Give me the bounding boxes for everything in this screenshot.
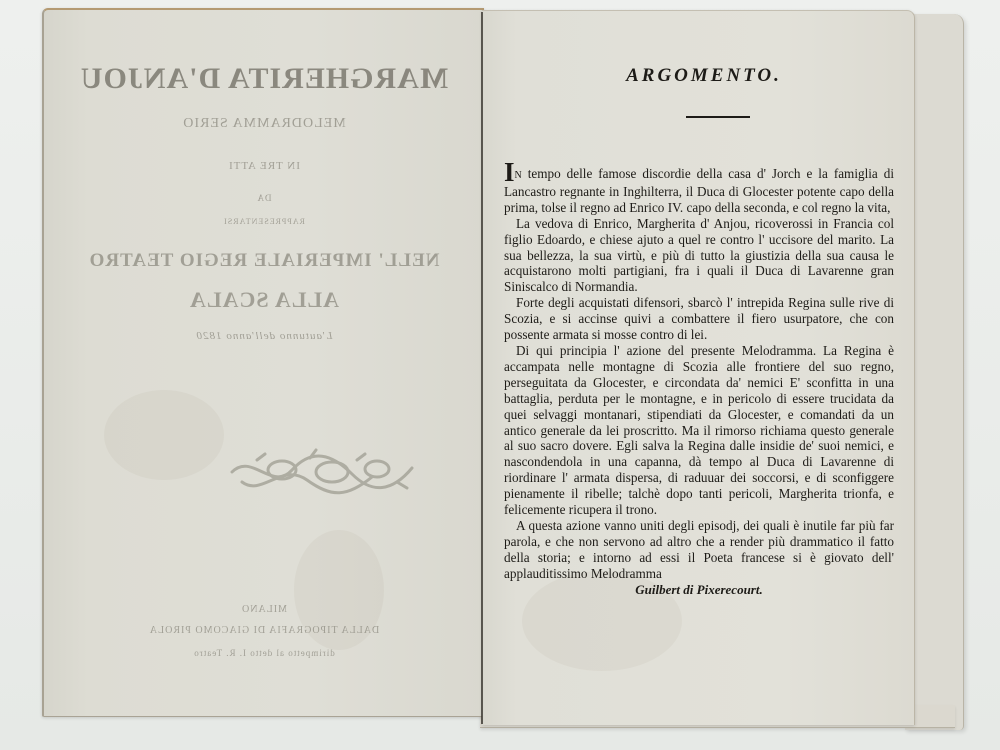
paragraph-1: In tempo delle famose discordie della ca… [504,163,894,216]
drop-cap: I [504,157,515,187]
drop-cap-tail: n [515,170,522,181]
ghost-scala: ALLA SCALA [44,287,484,313]
paragraph-1-text: tempo delle famose discordie della casa … [504,166,894,215]
book-gutter [481,12,483,724]
ghost-da: DA [44,193,484,203]
ghost-imprint-2: dirimpetto al detto I. R. Teatro [44,648,484,658]
ghost-date-line: L'autunno dell'anno 1820 [44,330,484,342]
author-signature: Guilbert di Pixerecourt. [504,582,894,598]
heading-rule [686,116,750,118]
ghost-rappresentarsi: RAPPRESENTARSI [44,217,484,226]
scanned-booklet-scene: MARGHERITA D'ANJOU MELODRAMMA SERIO IN T… [0,0,1000,750]
paragraph-3: Forte degli acquistati difensori, sbarcò… [504,295,894,343]
ghost-subtitle: MELODRAMMA SERIO [44,116,484,132]
ghost-acts: IN TRE ATTI [44,160,484,172]
ghost-teatro: NELL' IMPERIALE REGIO TEATRO [44,250,484,272]
ghost-title: MARGHERITA D'ANJOU [44,62,484,96]
ghost-city: MILANO [44,604,484,615]
paragraph-5: A questa azione vanno uniti degli episod… [504,518,894,582]
paragraph-4: Di qui principia l' azione del presente … [504,343,894,518]
argomento-body: In tempo delle famose discordie della ca… [504,163,894,597]
floral-ornament-icon [222,442,422,502]
left-page: MARGHERITA D'ANJOU MELODRAMMA SERIO IN T… [42,8,484,717]
page-heading: ARGOMENTO. [504,65,904,87]
ghost-imprint-1: DALLA TIPOGRAFIA DI GIACOMO PIROLA [44,625,484,636]
right-page: ARGOMENTO. In tempo delle famose discord… [482,10,915,725]
mirrored-title-page-text: MARGHERITA D'ANJOU MELODRAMMA SERIO IN T… [44,10,484,716]
paragraph-2: La vedova di Enrico, Margherita d' Anjou… [504,216,894,296]
